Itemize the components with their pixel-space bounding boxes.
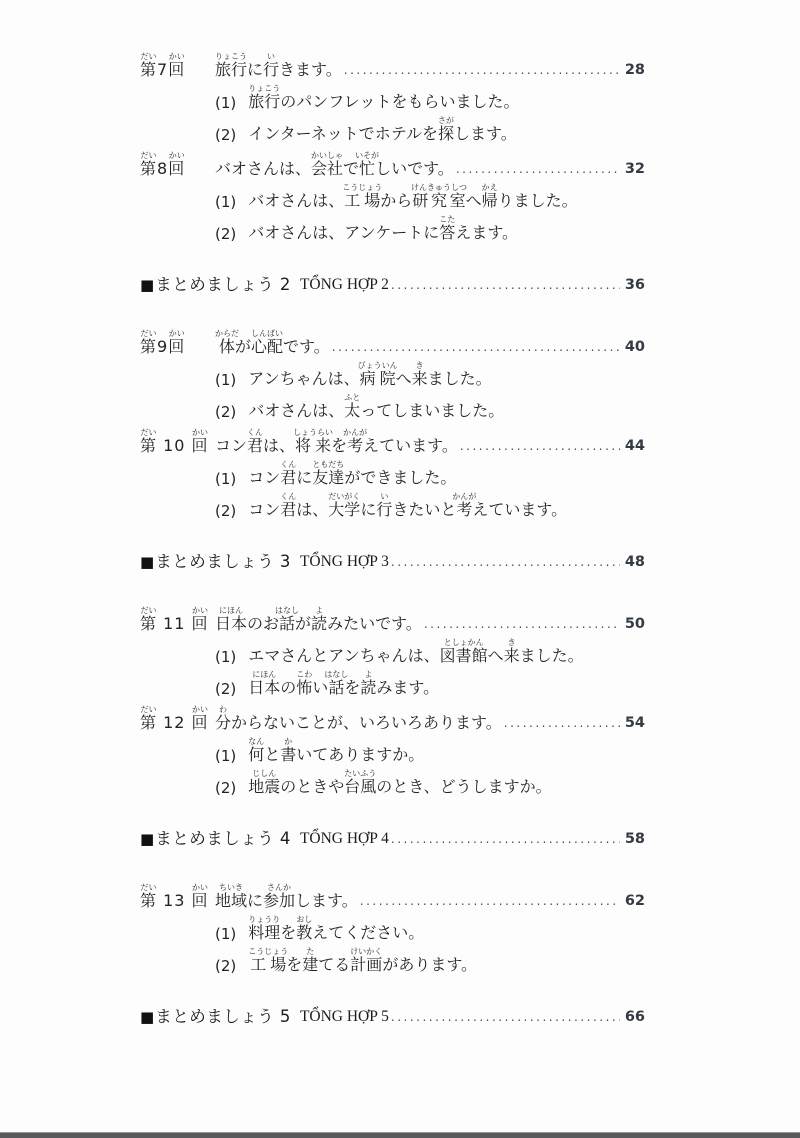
dot-leader: ........................................… [344,62,620,79]
section-square-icon: ■ [140,276,154,294]
toc-sub-item: (1)コン君くんに友達ともだちができました。 [140,455,645,487]
toc-sub-item: (2)工場こうじょうを建たてる計画けいかくがあります。 [140,942,645,974]
page-number: 66 [625,1009,645,1026]
toc-lesson: 第だい 12 回かい分わからないことが、いろいろあります。...........… [140,697,645,796]
sub-item-number: (2) [215,780,236,797]
lesson-number-label: 第だい 13 回かい [140,883,215,910]
lesson-number-label: 第だい9回かい [140,329,215,356]
toc-sub-item: (2)コン君くんは、大学だいがくに行いきたいと考かんがえています。 [140,487,645,519]
sub-item-number: (1) [215,926,236,943]
page-number: 58 [625,831,645,848]
toc-lesson-row: 第だい8回かいバオさんは、会社かいしゃで忙いそがしいです。...........… [140,143,645,178]
toc-lesson-row: 第だい 11 回かい日本にほんのお話はなしが読よみたいです。..........… [140,598,645,633]
sub-item-number: (1) [215,95,236,112]
lesson-title: 分わからないことが、いろいろあります。 [215,705,502,732]
toc-lesson: 第だい8回かいバオさんは、会社かいしゃで忙いそがしいです。...........… [140,143,645,242]
sub-item-number: (2) [215,127,236,144]
sub-item-text: 旅行りょこうのパンフレットをもらいました。 [248,84,519,111]
lesson-number-label: 第だい 10 回かい [140,428,215,455]
sub-item-number: (2) [215,226,236,243]
bottom-bar [0,1132,800,1138]
page-number: 62 [625,893,645,910]
sub-item-text: 工場こうじょうを建たてる計画けいかくがあります。 [248,947,477,974]
toc-lesson: 第だい9回かい体からだが心配しんぱいです。...................… [140,321,645,420]
lesson-number-label: 第だい 11 回かい [140,606,215,633]
section-square-icon: ■ [140,1008,154,1026]
dot-leader: ........................................… [391,1009,620,1026]
dot-leader: ........................................… [456,161,620,178]
toc-sub-item: (1)アンちゃんは、病院びょういんへ来きました。 [140,356,645,388]
toc-lesson: 第だい 11 回かい日本にほんのお話はなしが読よみたいです。..........… [140,598,645,697]
toc-sub-item: (1)旅行りょこうのパンフレットをもらいました。 [140,79,645,111]
section-square-icon: ■ [140,553,154,571]
page-number: 54 [625,715,645,732]
toc-lesson-row: 第だい 13 回かい地域ちいきに参加さんかします。...............… [140,875,645,910]
sub-item-text: バオさんは、アンケートに答こたえます。 [248,215,518,242]
sub-item-text: アンちゃんは、病院びょういんへ来きました。 [248,361,491,388]
lesson-number-label: 第だい8回かい [140,151,215,178]
dot-leader: ........................................… [391,277,620,294]
summary-title-jp: まとめましょう 4 [155,830,291,848]
toc-sub-item: (1)料理りょうりを教おしえてください。 [140,910,645,942]
sub-item-text: インターネットでホテルを探さがします。 [248,116,517,143]
toc-sub-item: (1)バオさんは、工場こうじょうから研究室けんきゅうしつへ帰かえりました。 [140,178,645,210]
page-number: 48 [625,554,645,571]
sub-item-number: (2) [215,404,236,421]
dot-leader: ........................................… [332,339,620,356]
sub-item-number: (1) [215,194,236,211]
sub-item-text: 日本にほんの怖こわい話はなしを読よみます。 [248,670,439,697]
summary-title-viet: TỔNG HỢP 5 [300,1008,389,1026]
toc-lesson-row: 第だい9回かい体からだが心配しんぱいです。...................… [140,321,645,356]
toc-sub-item: (2)バオさんは、太ふとってしまいました。 [140,388,645,420]
lesson-title: バオさんは、会社かいしゃで忙いそがしいです。 [215,151,454,178]
sub-item-text: バオさんは、工場こうじょうから研究室けんきゅうしつへ帰かえりました。 [248,183,577,210]
lesson-number-label: 第だい 12 回かい [140,705,215,732]
dot-leader: ........................................… [360,893,620,910]
sub-item-number: (1) [215,471,236,488]
lesson-number-label: 第だい7回かい [140,52,215,79]
dot-leader: ........................................… [460,438,620,455]
toc-summary-row: ■まとめましょう 5TỔNG HỢP 5....................… [140,996,645,1026]
page-number: 28 [625,62,645,79]
lesson-title: コン君くんは、将来しょうらいを考かんがえています。 [215,428,458,455]
lesson-title: 日本にほんのお話はなしが読よみたいです。 [215,606,422,633]
table-of-contents: 第だい7回かい旅行りょこうに行いきます。....................… [140,44,645,1053]
dot-leader: ........................................… [391,831,620,848]
summary-title-jp: まとめましょう 5 [155,1008,291,1026]
page-number: 32 [625,161,645,178]
summary-title-viet: TỔNG HỢP 3 [300,553,389,571]
dot-leader: ........................................… [504,715,620,732]
summary-title-jp: まとめましょう 2 [155,276,291,294]
sub-item-number: (1) [215,748,236,765]
sub-item-number: (2) [215,681,236,698]
sub-item-number: (1) [215,649,236,666]
page-number: 50 [625,616,645,633]
summary-title-viet: TỔNG HỢP 4 [300,830,389,848]
dot-leader: ........................................… [391,554,620,571]
toc-summary-row: ■まとめましょう 2TỔNG HỢP 2....................… [140,264,645,294]
sub-item-text: コン君くんに友達ともだちができました。 [248,460,456,487]
sub-item-number: (2) [215,503,236,520]
toc-sub-item: (2)地震じしんのときや台風たいふうのとき、どうしますか。 [140,764,645,796]
sub-item-number: (2) [215,958,236,975]
section-square-icon: ■ [140,830,154,848]
dot-leader: ........................................… [424,616,620,633]
toc-lesson-row: 第だい7回かい旅行りょこうに行いきます。....................… [140,44,645,79]
toc-sub-item: (2)バオさんは、アンケートに答こたえます。 [140,210,645,242]
lesson-title: 旅行りょこうに行いきます。 [215,52,342,79]
summary-title-viet: TỔNG HỢP 2 [300,276,389,294]
page-number: 40 [625,339,645,356]
sub-item-text: コン君くんは、大学だいがくに行いきたいと考かんがえています。 [248,492,567,519]
summary-title-jp: まとめましょう 3 [155,553,291,571]
toc-summary-row: ■まとめましょう 4TỔNG HỢP 4....................… [140,818,645,848]
toc-lesson-row: 第だい 10 回かいコン君くんは、将来しょうらいを考かんがえています。.....… [140,420,645,455]
lesson-title: 体からだが心配しんぱいです。 [215,329,330,356]
sub-item-text: エマさんとアンちゃんは、図書館としょかんへ来きました。 [248,638,583,665]
toc-lesson: 第だい 10 回かいコン君くんは、将来しょうらいを考かんがえています。.....… [140,420,645,519]
toc-lesson: 第だい7回かい旅行りょこうに行いきます。....................… [140,44,645,143]
toc-lesson-row: 第だい 12 回かい分わからないことが、いろいろあります。...........… [140,697,645,732]
page-number: 36 [625,277,645,294]
toc-summary-row: ■まとめましょう 3TỔNG HỢP 3....................… [140,541,645,571]
toc-sub-item: (1)エマさんとアンちゃんは、図書館としょかんへ来きました。 [140,633,645,665]
sub-item-text: バオさんは、太ふとってしまいました。 [248,393,504,420]
lesson-title: 地域ちいきに参加さんかします。 [215,883,358,910]
toc-lesson: 第だい 13 回かい地域ちいきに参加さんかします。...............… [140,875,645,974]
sub-item-text: 料理りょうりを教おしえてください。 [248,915,424,942]
toc-sub-item: (2)日本にほんの怖こわい話はなしを読よみます。 [140,665,645,697]
sub-item-text: 地震じしんのときや台風たいふうのとき、どうしますか。 [248,769,551,796]
toc-sub-item: (2)インターネットでホテルを探さがします。 [140,111,645,143]
sub-item-number: (1) [215,372,236,389]
page-number: 44 [625,438,645,455]
sub-item-text: 何なんと書かいてありますか。 [248,737,424,764]
toc-sub-item: (1)何なんと書かいてありますか。 [140,732,645,764]
toc-page: 第だい7回かい旅行りょこうに行いきます。....................… [0,0,800,1138]
